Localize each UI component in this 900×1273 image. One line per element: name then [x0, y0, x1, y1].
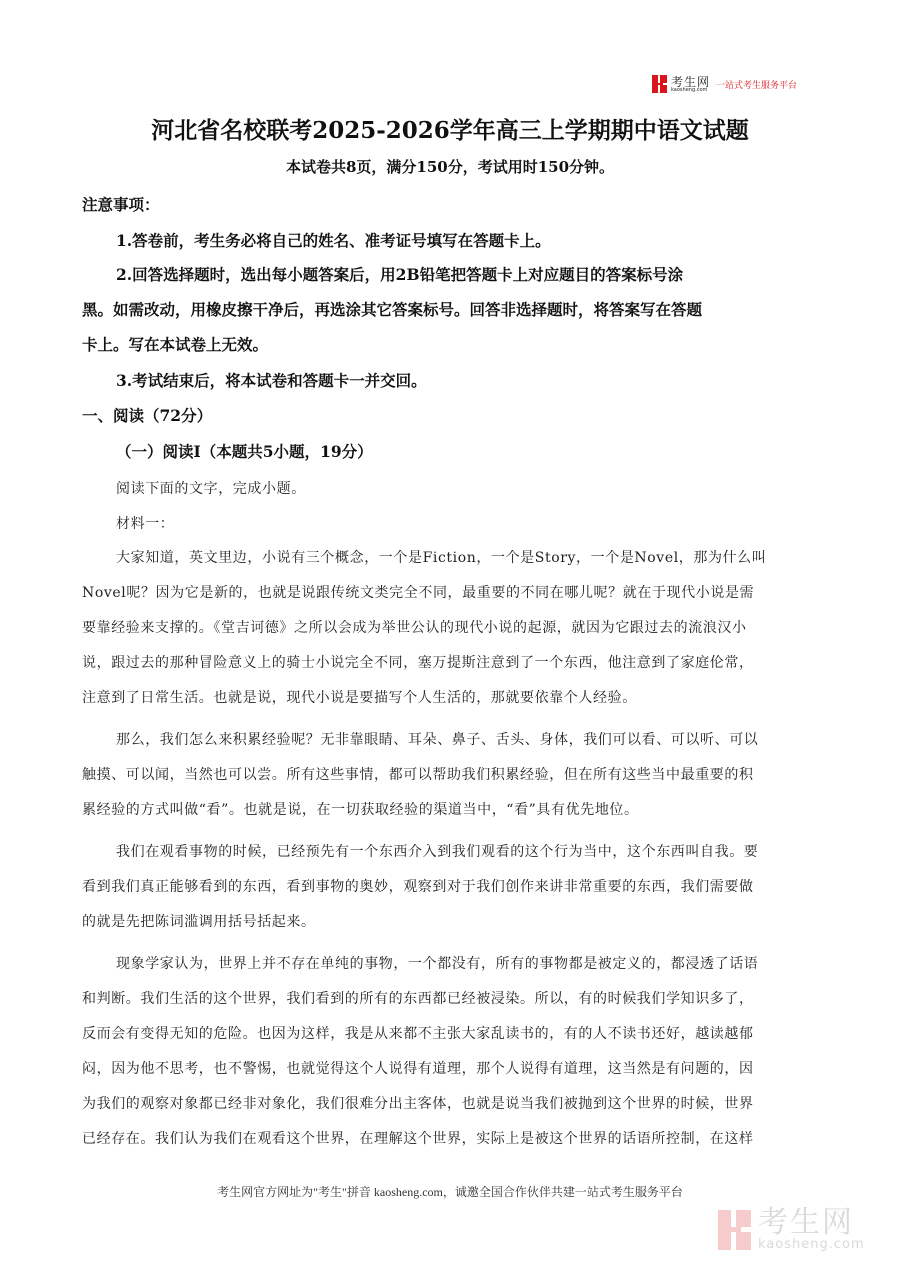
logo-domain: kaosheng.com	[671, 88, 710, 93]
section-heading: 一、阅读（72分）	[82, 404, 822, 426]
paragraph-4-line-6: 已经存在。我们认为我们在观看这个世界，在理解这个世界，实际上是被这个世界的话语所…	[82, 1128, 820, 1148]
paragraph-2-line-2: 触摸、可以闻，当然也可以尝。所有这些事情，都可以帮助我们积累经验，但在所有这些当…	[82, 764, 820, 784]
kaosheng-logo-icon	[652, 75, 668, 93]
watermark-text: 考生网 kaosheng.com	[758, 1208, 865, 1251]
paragraph-4-line-4: 闷，因为他不思考，也不警惕，也就觉得这个人说得有道理，那个人说得有道理，这当然是…	[82, 1058, 820, 1078]
paragraph-2-line-3: 累经验的方式叫做“看”。也就是说，在一切获取经验的渠道当中，“看”具有优先地位。	[82, 799, 820, 819]
paragraph-2-line-1: 那么，我们怎么来积累经验呢？无非靠眼睛、耳朵、鼻子、舌头、身体，我们可以看、可以…	[116, 729, 820, 749]
subsection-heading: （一）阅读Ⅰ（本题共5小题，19分）	[116, 440, 856, 462]
kaosheng-watermark-icon	[718, 1210, 752, 1250]
notice-item-2: 2.回答选择题时，选出每小题答案后，用2B铅笔把答题卡上对应题目的答案标号涂	[116, 263, 856, 285]
header-logo: 考生网 kaosheng.com 一站式考生服务平台	[652, 73, 797, 95]
paragraph-3-line-3: 的就是先把陈词滥调用括号括起来。	[82, 911, 820, 931]
document-title: 河北省名校联考2025-2026学年高三上学期期中语文试题	[0, 112, 900, 145]
watermark-domain: kaosheng.com	[758, 1238, 865, 1251]
paragraph-1-line-3: 要靠经验来支撑的。《堂吉诃德》之所以会成为举世公认的现代小说的起源，就因为它跟过…	[82, 617, 820, 637]
paragraph-4-line-3: 反而会有变得无知的危险。也因为这样，我是从来都不主张大家乱读书的，有的人不读书还…	[82, 1023, 820, 1043]
notice-item-1: 1.答卷前，考生务必将自己的姓名、准考证号填写在答题卡上。	[116, 229, 856, 251]
footer-text: 考生网官方网址为"考生"拼音 kaosheng.com，诚邀全国合作伙伴共建一站…	[0, 1183, 900, 1200]
paragraph-1-line-2: Novel呢？因为它是新的，也就是说跟传统文类完全不同，最重要的不同在哪儿呢？就…	[82, 582, 820, 602]
logo-text: 考生网 kaosheng.com	[671, 76, 710, 93]
logo-slogan: 一站式考生服务平台	[716, 78, 797, 91]
notice-item-2-cont: 黑。如需改动，用橡皮擦干净后，再选涂其它答案标号。回答非选择题时，将答案写在答题	[82, 298, 822, 320]
paragraph-1-line-4: 说，跟过去的那种冒险意义上的骑士小说完全不同，塞万提斯注意到了一个东西，他注意到…	[82, 652, 820, 672]
paragraph-4-line-2: 和判断。我们生活的这个世界，我们看到的所有的东西都已经被浸染。所以，有的时候我们…	[82, 988, 820, 1008]
document-subtitle: 本试卷共8页，满分150分，考试用时150分钟。	[0, 156, 900, 177]
notice-heading: 注意事项：	[82, 193, 822, 215]
material-label: 材料一：	[116, 513, 854, 533]
paragraph-1-line-1: 大家知道，英文里边，小说有三个概念，一个是Fiction，一个是Story，一个…	[116, 547, 820, 567]
watermark-logo: 考生网 kaosheng.com	[718, 1208, 865, 1251]
notice-item-3: 3.考试结束后，将本试卷和答题卡一并交回。	[116, 369, 856, 391]
paragraph-3-line-2: 看到我们真正能够看到的东西，看到事物的奥妙，观察到对于我们创作来讲非常重要的东西…	[82, 876, 820, 896]
instruction-text: 阅读下面的文字，完成小题。	[116, 478, 854, 498]
watermark-name: 考生网	[758, 1208, 865, 1238]
paragraph-1-line-5: 注意到了日常生活。也就是说，现代小说是要描写个人生活的，那就要依靠个人经验。	[82, 687, 820, 707]
paragraph-3-line-1: 我们在观看事物的时候，已经预先有一个东西介入到我们观看的这个行为当中，这个东西叫…	[116, 841, 820, 861]
logo-name: 考生网	[671, 76, 710, 88]
paragraph-4-line-5: 为我们的观察对象都已经非对象化，我们很难分出主客体，也就是说当我们被抛到这个世界…	[82, 1093, 820, 1113]
notice-item-2-cont2: 卡上。写在本试卷上无效。	[82, 333, 822, 355]
paragraph-4-line-1: 现象学家认为，世界上并不存在单纯的事物，一个都没有，所有的事物都是被定义的，都浸…	[116, 953, 820, 973]
